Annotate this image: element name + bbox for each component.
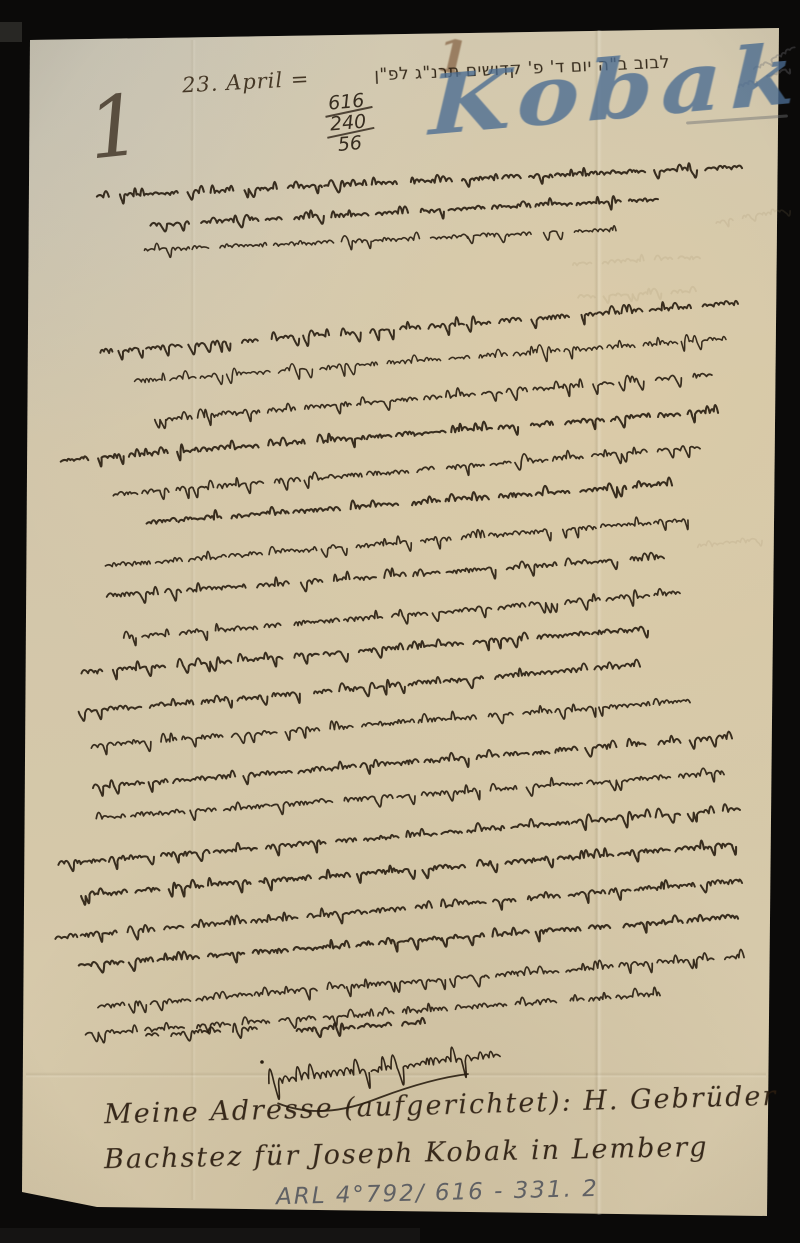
letter-page	[0, 0, 800, 1243]
margin-page-number: 1	[83, 75, 146, 178]
archive-number-stack: 616 240 56	[327, 91, 369, 157]
manuscript-photo: 1 1 23. April = לבוב ב"ה יום ד' פ' קדושי…	[0, 0, 800, 1243]
archive-number-bottom: 56	[331, 132, 369, 156]
photo-corner-notch	[0, 22, 22, 42]
photo-bottom-strip	[0, 1228, 420, 1243]
